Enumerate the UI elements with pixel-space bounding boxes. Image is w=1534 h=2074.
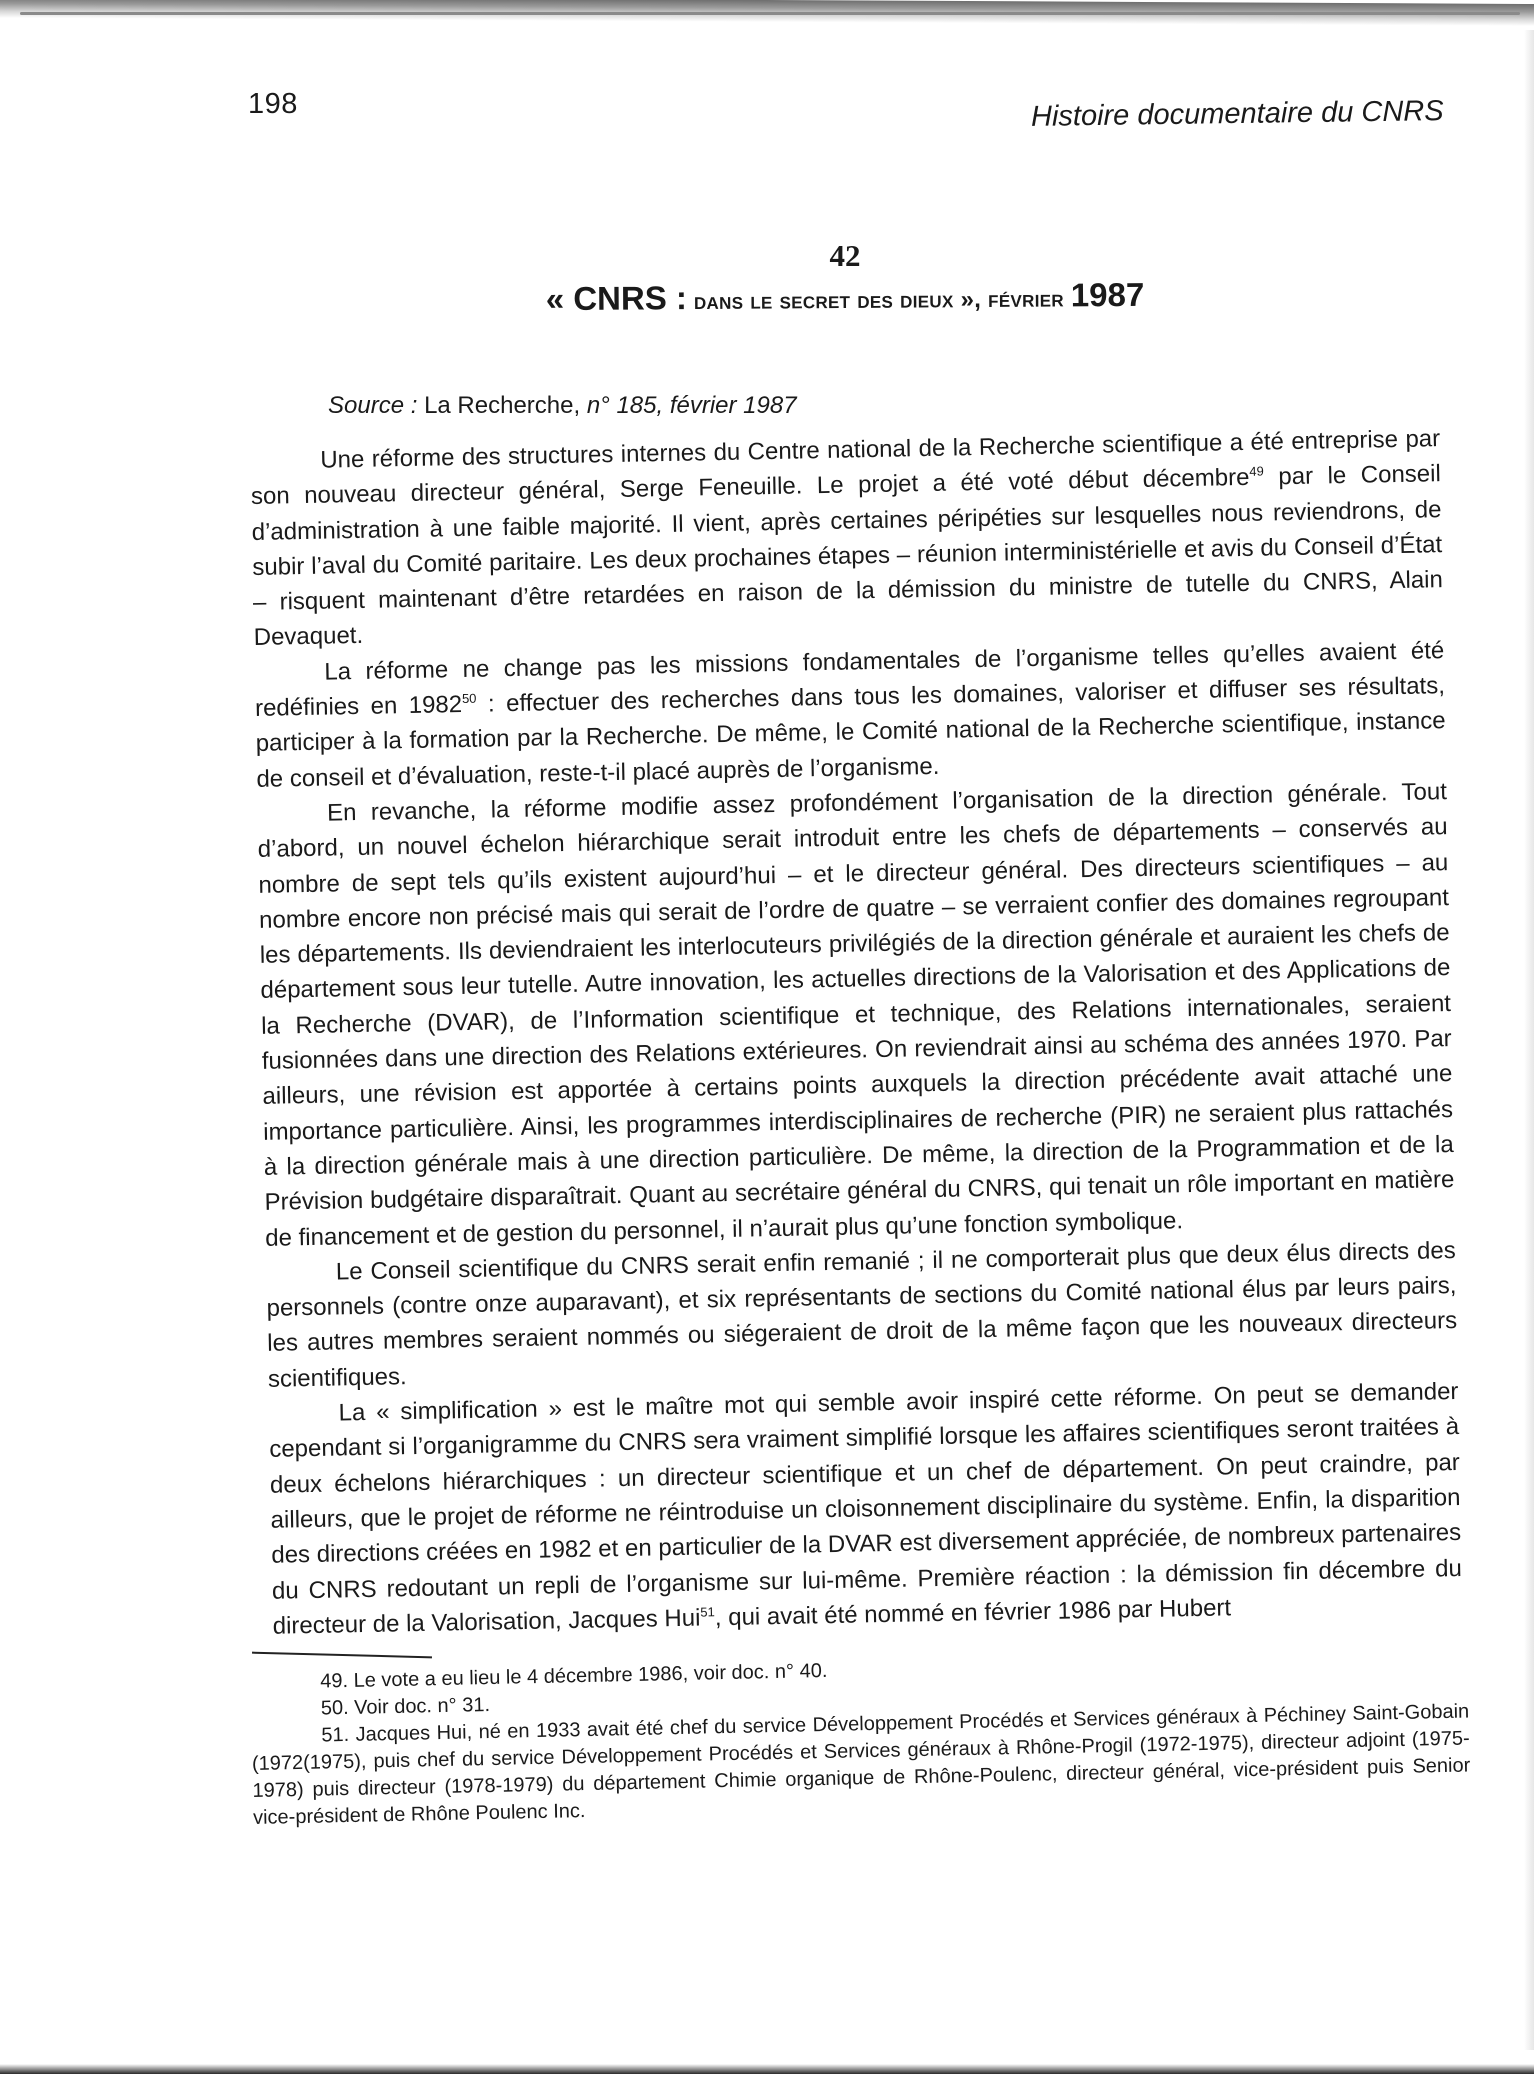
footnote-ref[interactable]: 50 (462, 691, 477, 706)
footnote-number: 50. (321, 1697, 349, 1720)
scan-top-shadow (20, 12, 1520, 15)
paragraph: En revanche, la réforme modifie assez pr… (257, 774, 1456, 1256)
footnote-text: Voir doc. n° 31. (348, 1694, 490, 1719)
footnote-ref[interactable]: 49 (1249, 464, 1264, 479)
title-open-quote: « (546, 280, 574, 317)
title-month: février (981, 285, 1071, 313)
paragraph: La « simplification » est le maître mot … (268, 1374, 1463, 1644)
book-title: Histoire documentaire du CNRS (1031, 95, 1444, 134)
article-body: Une réforme des structures internes du C… (250, 421, 1463, 1644)
paragraph: La réforme ne change pas les missions fo… (254, 633, 1446, 797)
source-issue: n° 185, février 1987 (580, 392, 796, 419)
document-number: 42 (0, 238, 1534, 274)
paragraph-text: : effectuer des recherches dans tous les… (255, 672, 1445, 792)
footnote-text: Jacques Hui, né en 1933 avait été chef d… (252, 1700, 1471, 1828)
title-year: 1987 (1071, 276, 1145, 314)
title-rest: dans le secret des dieux », (687, 286, 981, 315)
source-label: Source : (328, 392, 417, 419)
source-journal: La Recherche, (424, 392, 580, 419)
scan-bottom-edge (0, 2064, 1534, 2074)
source-line: Source : La Recherche, n° 185, février 1… (328, 392, 797, 420)
paragraph: Le Conseil scientifique du CNRS serait e… (266, 1233, 1458, 1397)
running-head: 198 Histoire documentaire du CNRS (248, 88, 1444, 128)
paragraph-text: , qui avait été nommé en février 1986 pa… (715, 1594, 1232, 1631)
footnote-divider (252, 1652, 432, 1659)
page-number: 198 (248, 88, 298, 121)
footnote-number: 51. (321, 1724, 349, 1747)
document-title: « CNRS : dans le secret des dieux », fév… (0, 272, 1534, 322)
paragraph-text: En revanche, la réforme modifie assez pr… (258, 778, 1455, 1251)
footnotes: 49. Le vote a eu lieu le 4 décembre 1986… (250, 1644, 1471, 1831)
paragraph: Une réforme des structures internes du C… (250, 421, 1444, 656)
title-main: CNRS : (573, 279, 687, 317)
footnote-ref[interactable]: 51 (700, 1604, 715, 1619)
paragraph-text: Le Conseil scientifique du CNRS serait e… (266, 1237, 1457, 1393)
footnote-number: 49. (320, 1670, 348, 1693)
scan-right-edge (1524, 30, 1534, 2050)
